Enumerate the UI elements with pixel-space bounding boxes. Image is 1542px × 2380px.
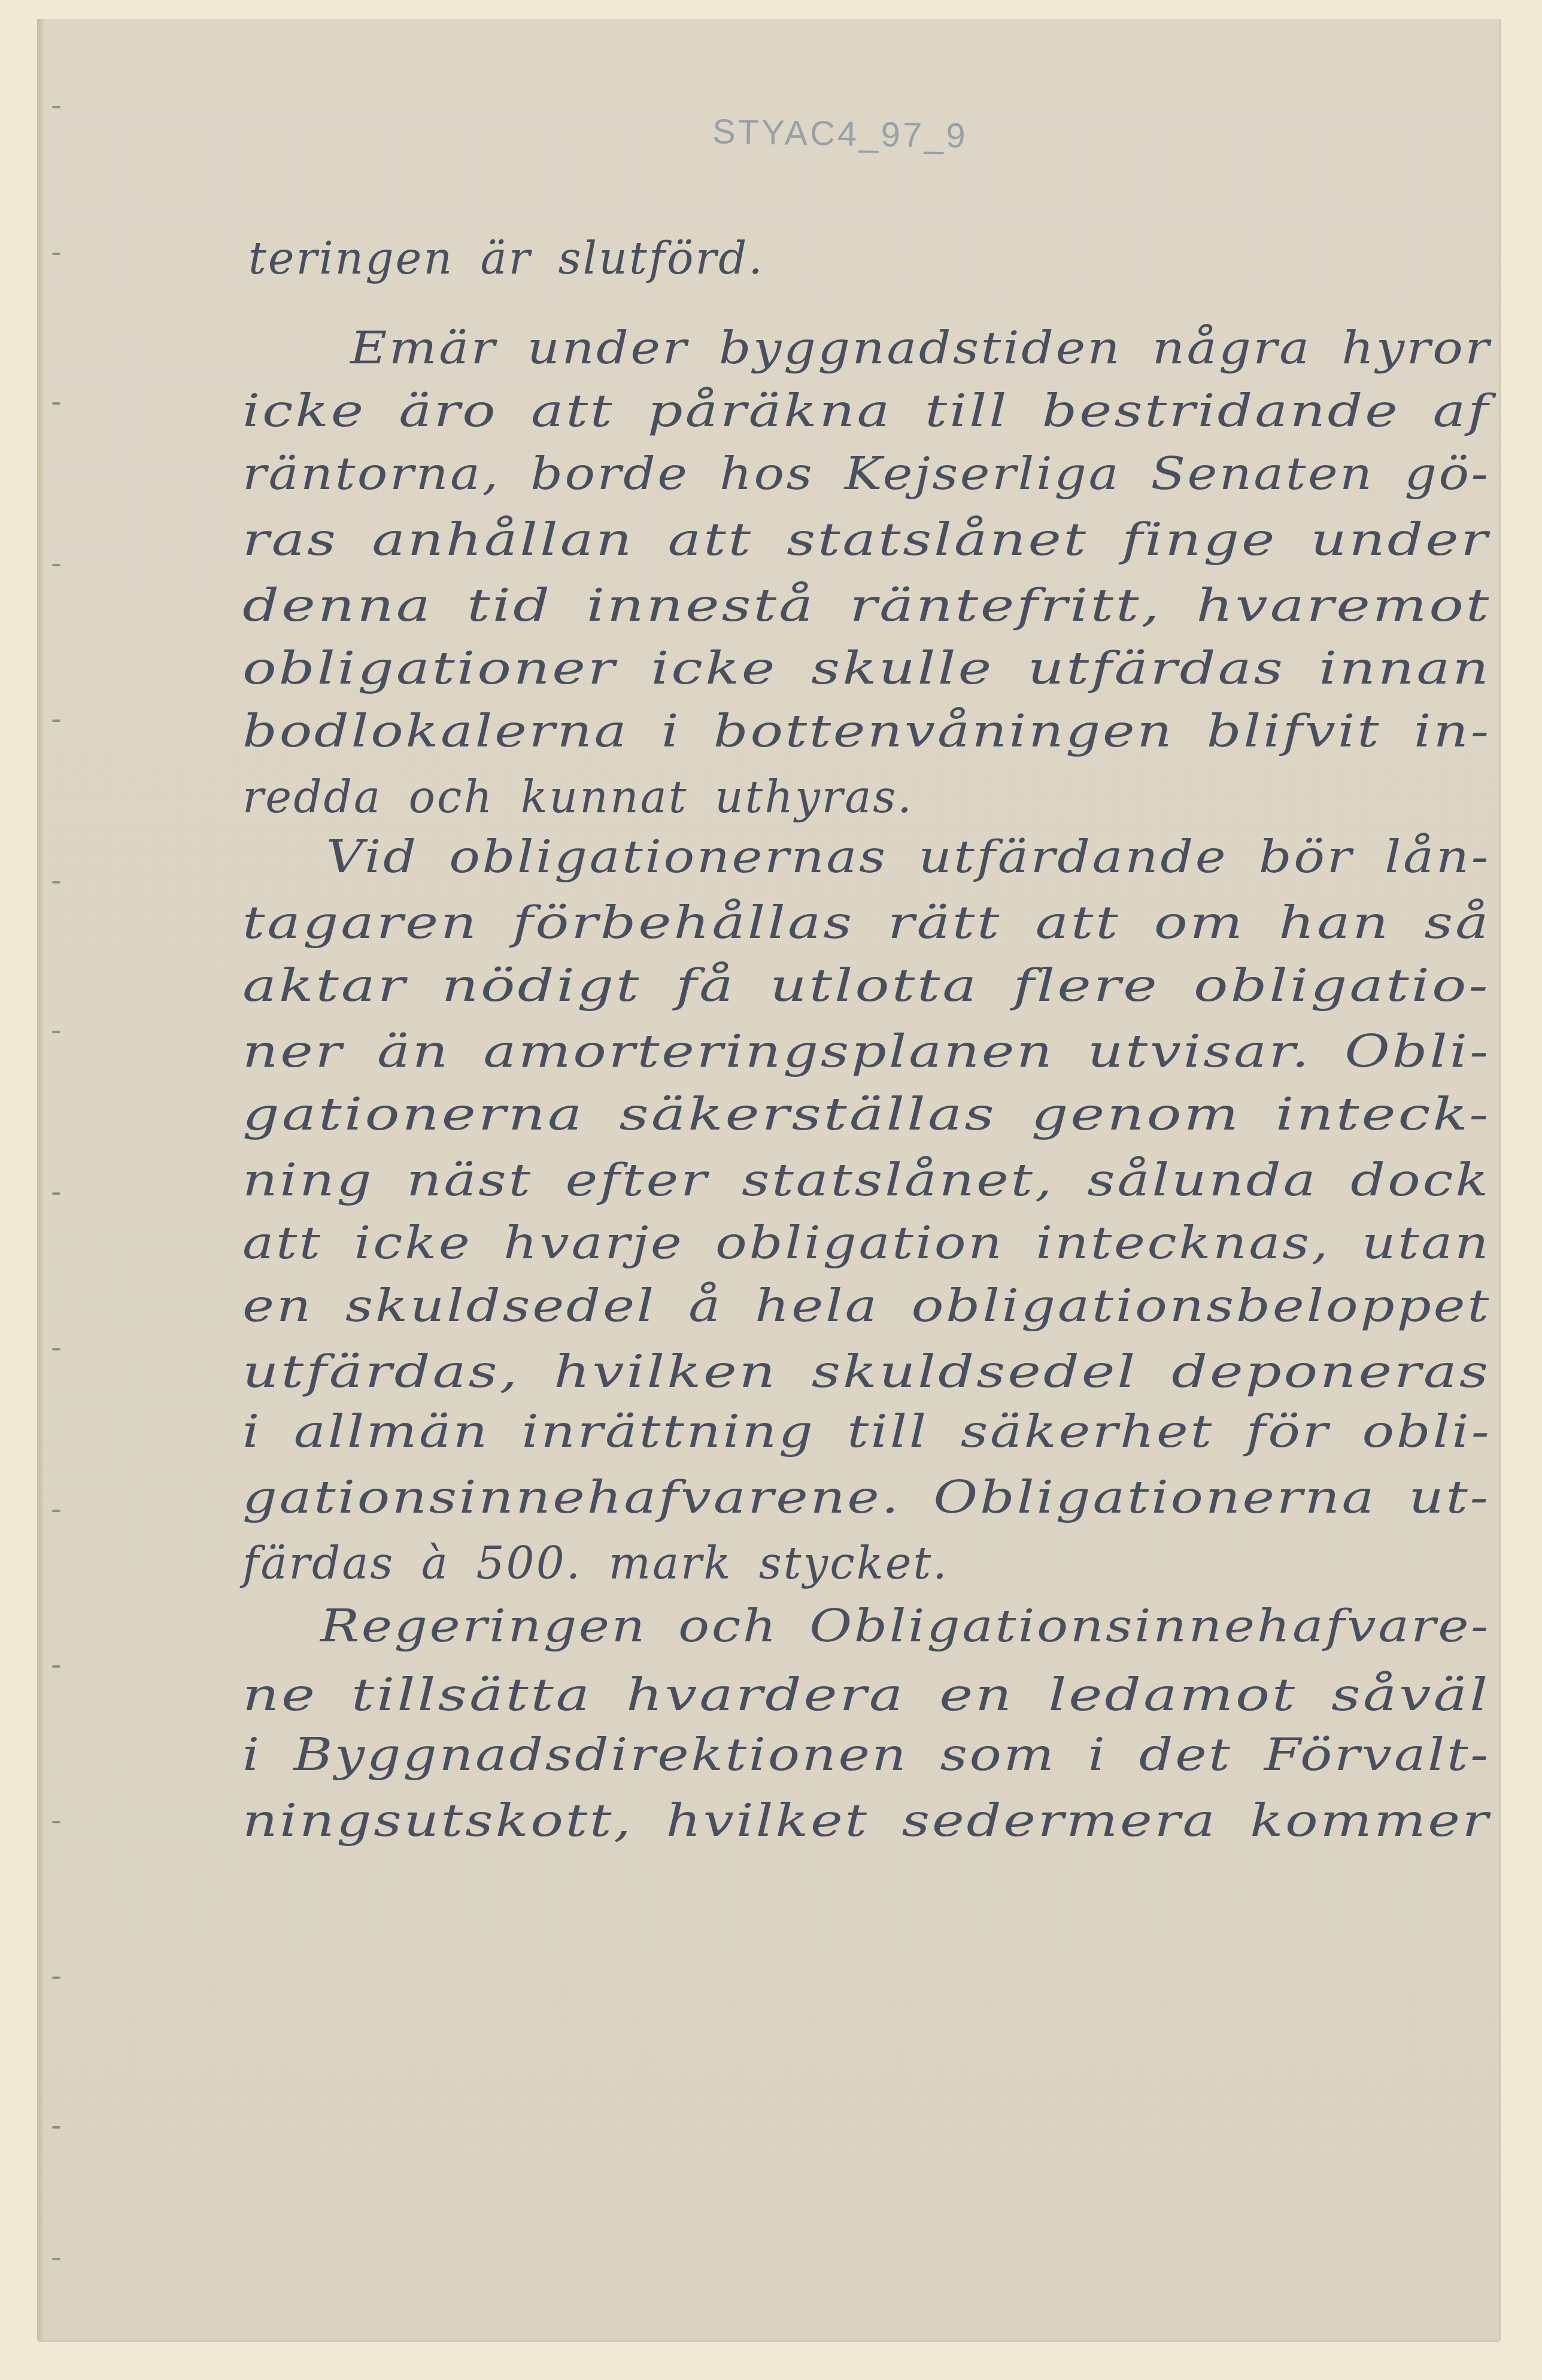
- stitch-hole: [52, 720, 60, 722]
- text-line: räntorna, borde hos Kejserliga Senaten g…: [242, 452, 1490, 496]
- text-line: redda och kunnat uthyras.: [242, 775, 913, 819]
- text-line: obligationer icke skulle utfärdas innan: [242, 646, 1491, 691]
- text-line: ner än amorteringsplanen utvisar. Obli-: [242, 1030, 1491, 1074]
- text-line: icke äro att påräkna till bestridande af: [242, 389, 1491, 433]
- stitch-hole: [52, 1821, 60, 1823]
- text-line: Regeringen och Obligationsinnehafvare-: [320, 1604, 1491, 1649]
- text-line: aktar nödigt få utlotta flere obligatio-: [242, 964, 1490, 1008]
- stitch-hole: [52, 253, 60, 255]
- text-line: att icke hvarje obligation intecknas, ut…: [242, 1221, 1491, 1265]
- stitch-hole: [52, 1977, 60, 1979]
- text-line: en skuldsedel å hela obligationsbeloppet: [242, 1284, 1491, 1328]
- archive-reference-id: STYAC4_97_9: [712, 111, 968, 156]
- stitch-hole: [52, 1192, 60, 1195]
- stitch-hole: [52, 402, 60, 405]
- stitch-hole: [52, 1348, 60, 1350]
- stitch-hole: [52, 881, 60, 884]
- text-line: Vid obligationernas utfärdande bör lån-: [326, 835, 1491, 879]
- text-line: Emär under byggnadstiden några hyror: [350, 326, 1491, 371]
- stitch-hole: [52, 2126, 60, 2129]
- text-line: denna tid innestå räntefritt, hvaremot: [242, 584, 1491, 628]
- text-line: bodlokalerna i bottenvåningen blifvit in…: [242, 709, 1491, 754]
- text-line: färdas à 500. mark stycket.: [242, 1541, 949, 1586]
- stitch-hole: [52, 2258, 60, 2260]
- text-line: utfärdas, hvilken skuldsedel deponeras: [242, 1350, 1491, 1394]
- text-line: tagaren förbehållas rätt att om han så: [242, 901, 1491, 945]
- text-line: ne tillsätta hvardera en ledamot såväl: [242, 1673, 1490, 1717]
- text-line: i allmän inrättning till säkerhet för ob…: [242, 1410, 1491, 1454]
- stitch-hole: [52, 1031, 60, 1033]
- stitch-hole: [52, 1665, 60, 1668]
- text-line: i Byggnadsdirektionen som i det Förvalt-: [242, 1733, 1491, 1777]
- stitch-hole: [52, 1510, 60, 1512]
- text-line: ras anhållan att statslånet finge under: [242, 518, 1490, 562]
- text-line: gationsinnehafvarene. Obligationerna ut-: [242, 1476, 1491, 1520]
- stitch-hole: [52, 564, 60, 566]
- stitch-hole: [52, 106, 60, 108]
- text-line: ningsutskott, hvilket sedermera kommer: [242, 1799, 1491, 1843]
- text-line: ning näst efter statslånet, sålunda dock: [242, 1158, 1491, 1203]
- text-line: teringen är slutförd.: [248, 236, 764, 281]
- text-line: gationerna säkerställas genom inteck-: [242, 1092, 1491, 1137]
